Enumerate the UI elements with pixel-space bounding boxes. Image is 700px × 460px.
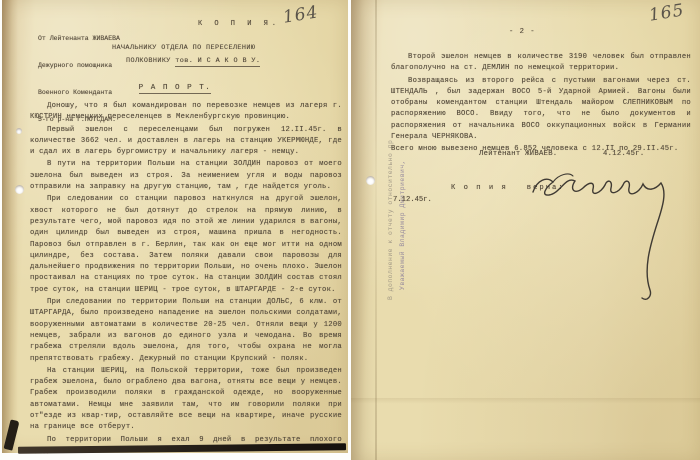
signoff-date: 4.12.45г. <box>603 150 645 158</box>
addressee-line-1: НАЧАЛЬНИКУ ОТДЕЛА ПО ПЕРЕСЕЛЕНИЮ <box>112 44 255 52</box>
report-body-page-2: Второй эшелон немцев в количестве 3190 ч… <box>391 52 691 157</box>
vertical-margin-note: Уважаемый Владимир Дмитриевич, <box>399 160 406 290</box>
punch-hole <box>16 128 22 134</box>
copy-label: К О П И Я. <box>198 20 280 28</box>
signoff-rank-name: Лейтенант ЖИВАЕВ. <box>479 150 557 158</box>
sender-line: От Лейтенанта ЖИВАЕВА <box>38 34 120 43</box>
punch-hole <box>15 185 24 194</box>
paragraph: Возвращаясь из второго рейса с пустыми в… <box>391 76 691 144</box>
report-body-page-1: Доношу, что я был командирован по перево… <box>30 101 342 458</box>
vertical-margin-note: В дополнение к отчету относительно пр <box>387 140 394 300</box>
addressee-rank: ПОЛКОВНИКУ <box>126 57 175 65</box>
report-title: Р А П О Р Т. <box>139 84 212 94</box>
addressee-line-2: ПОЛКОВНИКУ тов. И С А К О В У. <box>126 57 260 65</box>
handwritten-signature <box>529 162 689 312</box>
paragraph: Доношу, что я был командирован по перево… <box>30 101 342 124</box>
ink-blot <box>4 419 20 450</box>
paragraph: Второй эшелон немцев в количестве 3190 ч… <box>391 52 691 75</box>
paragraph: В пути на территории Польши на станции З… <box>30 159 342 193</box>
paper-crease <box>351 398 700 406</box>
report-page-2: В дополнение к отчету относительно пр Ув… <box>351 0 700 460</box>
addressee-name: тов. И С А К О В У. <box>175 57 260 67</box>
torn-binding-edge <box>2 0 18 453</box>
paragraph: На станции ШЕРИЦ, на Польской территории… <box>30 366 342 434</box>
punch-hole <box>366 176 375 185</box>
certification-date: 7.12.45г. <box>393 196 432 204</box>
handwritten-folio-number: 164 <box>282 2 320 27</box>
page-number-label: - 2 - <box>509 28 536 36</box>
handwritten-folio-number: 165 <box>648 0 686 25</box>
sender-line: Дежурного помощника <box>38 61 120 70</box>
paragraph: При следовании по территории Польши на с… <box>30 297 342 365</box>
tear-line <box>375 0 377 460</box>
torn-binding-edge <box>351 0 377 460</box>
document-scan: От Лейтенанта ЖИВАЕВА Дежурного помощник… <box>0 0 700 460</box>
paragraph: Первый эшелон с переселенцами был погруж… <box>30 125 342 159</box>
paragraph: При следовании со станции паровоз наткну… <box>30 194 342 296</box>
report-title-row: Р А П О Р Т. <box>2 84 348 92</box>
report-page-1: От Лейтенанта ЖИВАЕВА Дежурного помощник… <box>2 0 348 453</box>
